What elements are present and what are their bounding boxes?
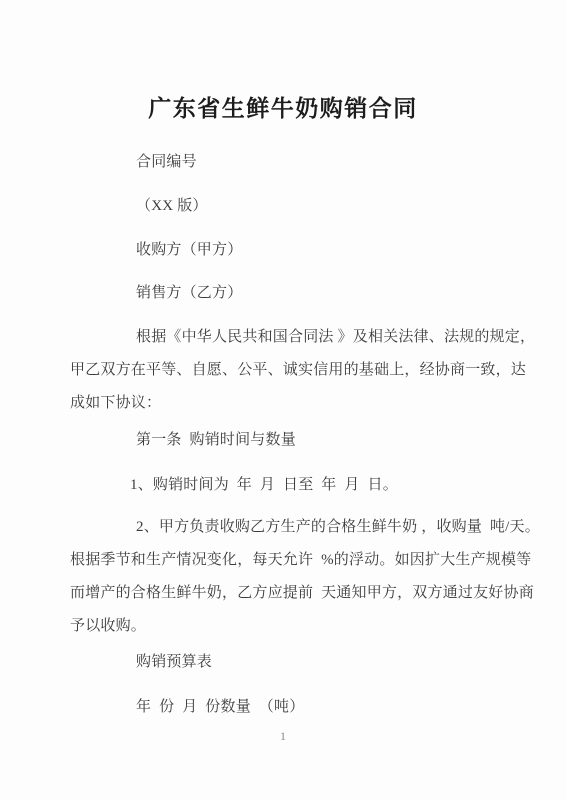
budget-table-label: 购销预算表: [136, 652, 212, 673]
budget-table-header-line: 年 份 月 份数量 （吨）: [136, 697, 304, 718]
version-line: （XX 版）: [136, 196, 208, 217]
seller-party-line: 销售方（乙方）: [136, 283, 242, 304]
buyer-party-line: 收购方（甲方）: [136, 240, 242, 261]
contract-number-line: 合同编号: [136, 152, 197, 173]
article-1-item-2-line-3: 而增产的合格生鲜牛奶，乙方应提前 天通知甲方，双方通过友好协商: [70, 583, 534, 604]
preamble-line-3: 成如下协议：: [70, 393, 161, 414]
article-1-heading: 第一条 购销时间与数量: [136, 430, 296, 451]
document-title: 广东省生鲜牛奶购销合同: [0, 90, 566, 123]
preamble-line-2: 甲乙双方在平等、自愿、公平、诚实信用的基础上，经协商一致，达: [70, 360, 526, 381]
preamble-line-1: 根据《中华人民共和国合同法 》及相关法律、法规的规定，: [136, 327, 535, 348]
contract-document-page: 广东省生鲜牛奶购销合同 合同编号 （XX 版） 收购方（甲方） 销售方（乙方） …: [0, 0, 566, 800]
article-1-item-2-line-1: 2、甲方负责收购乙方生产的合格生鲜牛奶 ，收购量 吨/天。: [136, 517, 540, 538]
article-1-item-1: 1、购销时间为 年 月 日至 年 月 日。: [130, 475, 398, 496]
article-1-item-2-line-4: 予以收购。: [70, 616, 146, 637]
page-number: 1: [0, 729, 566, 744]
article-1-item-2-line-2: 根据季节和生产情况变化，每天允许 %的浮动。如因扩大生产规模等: [70, 550, 531, 571]
